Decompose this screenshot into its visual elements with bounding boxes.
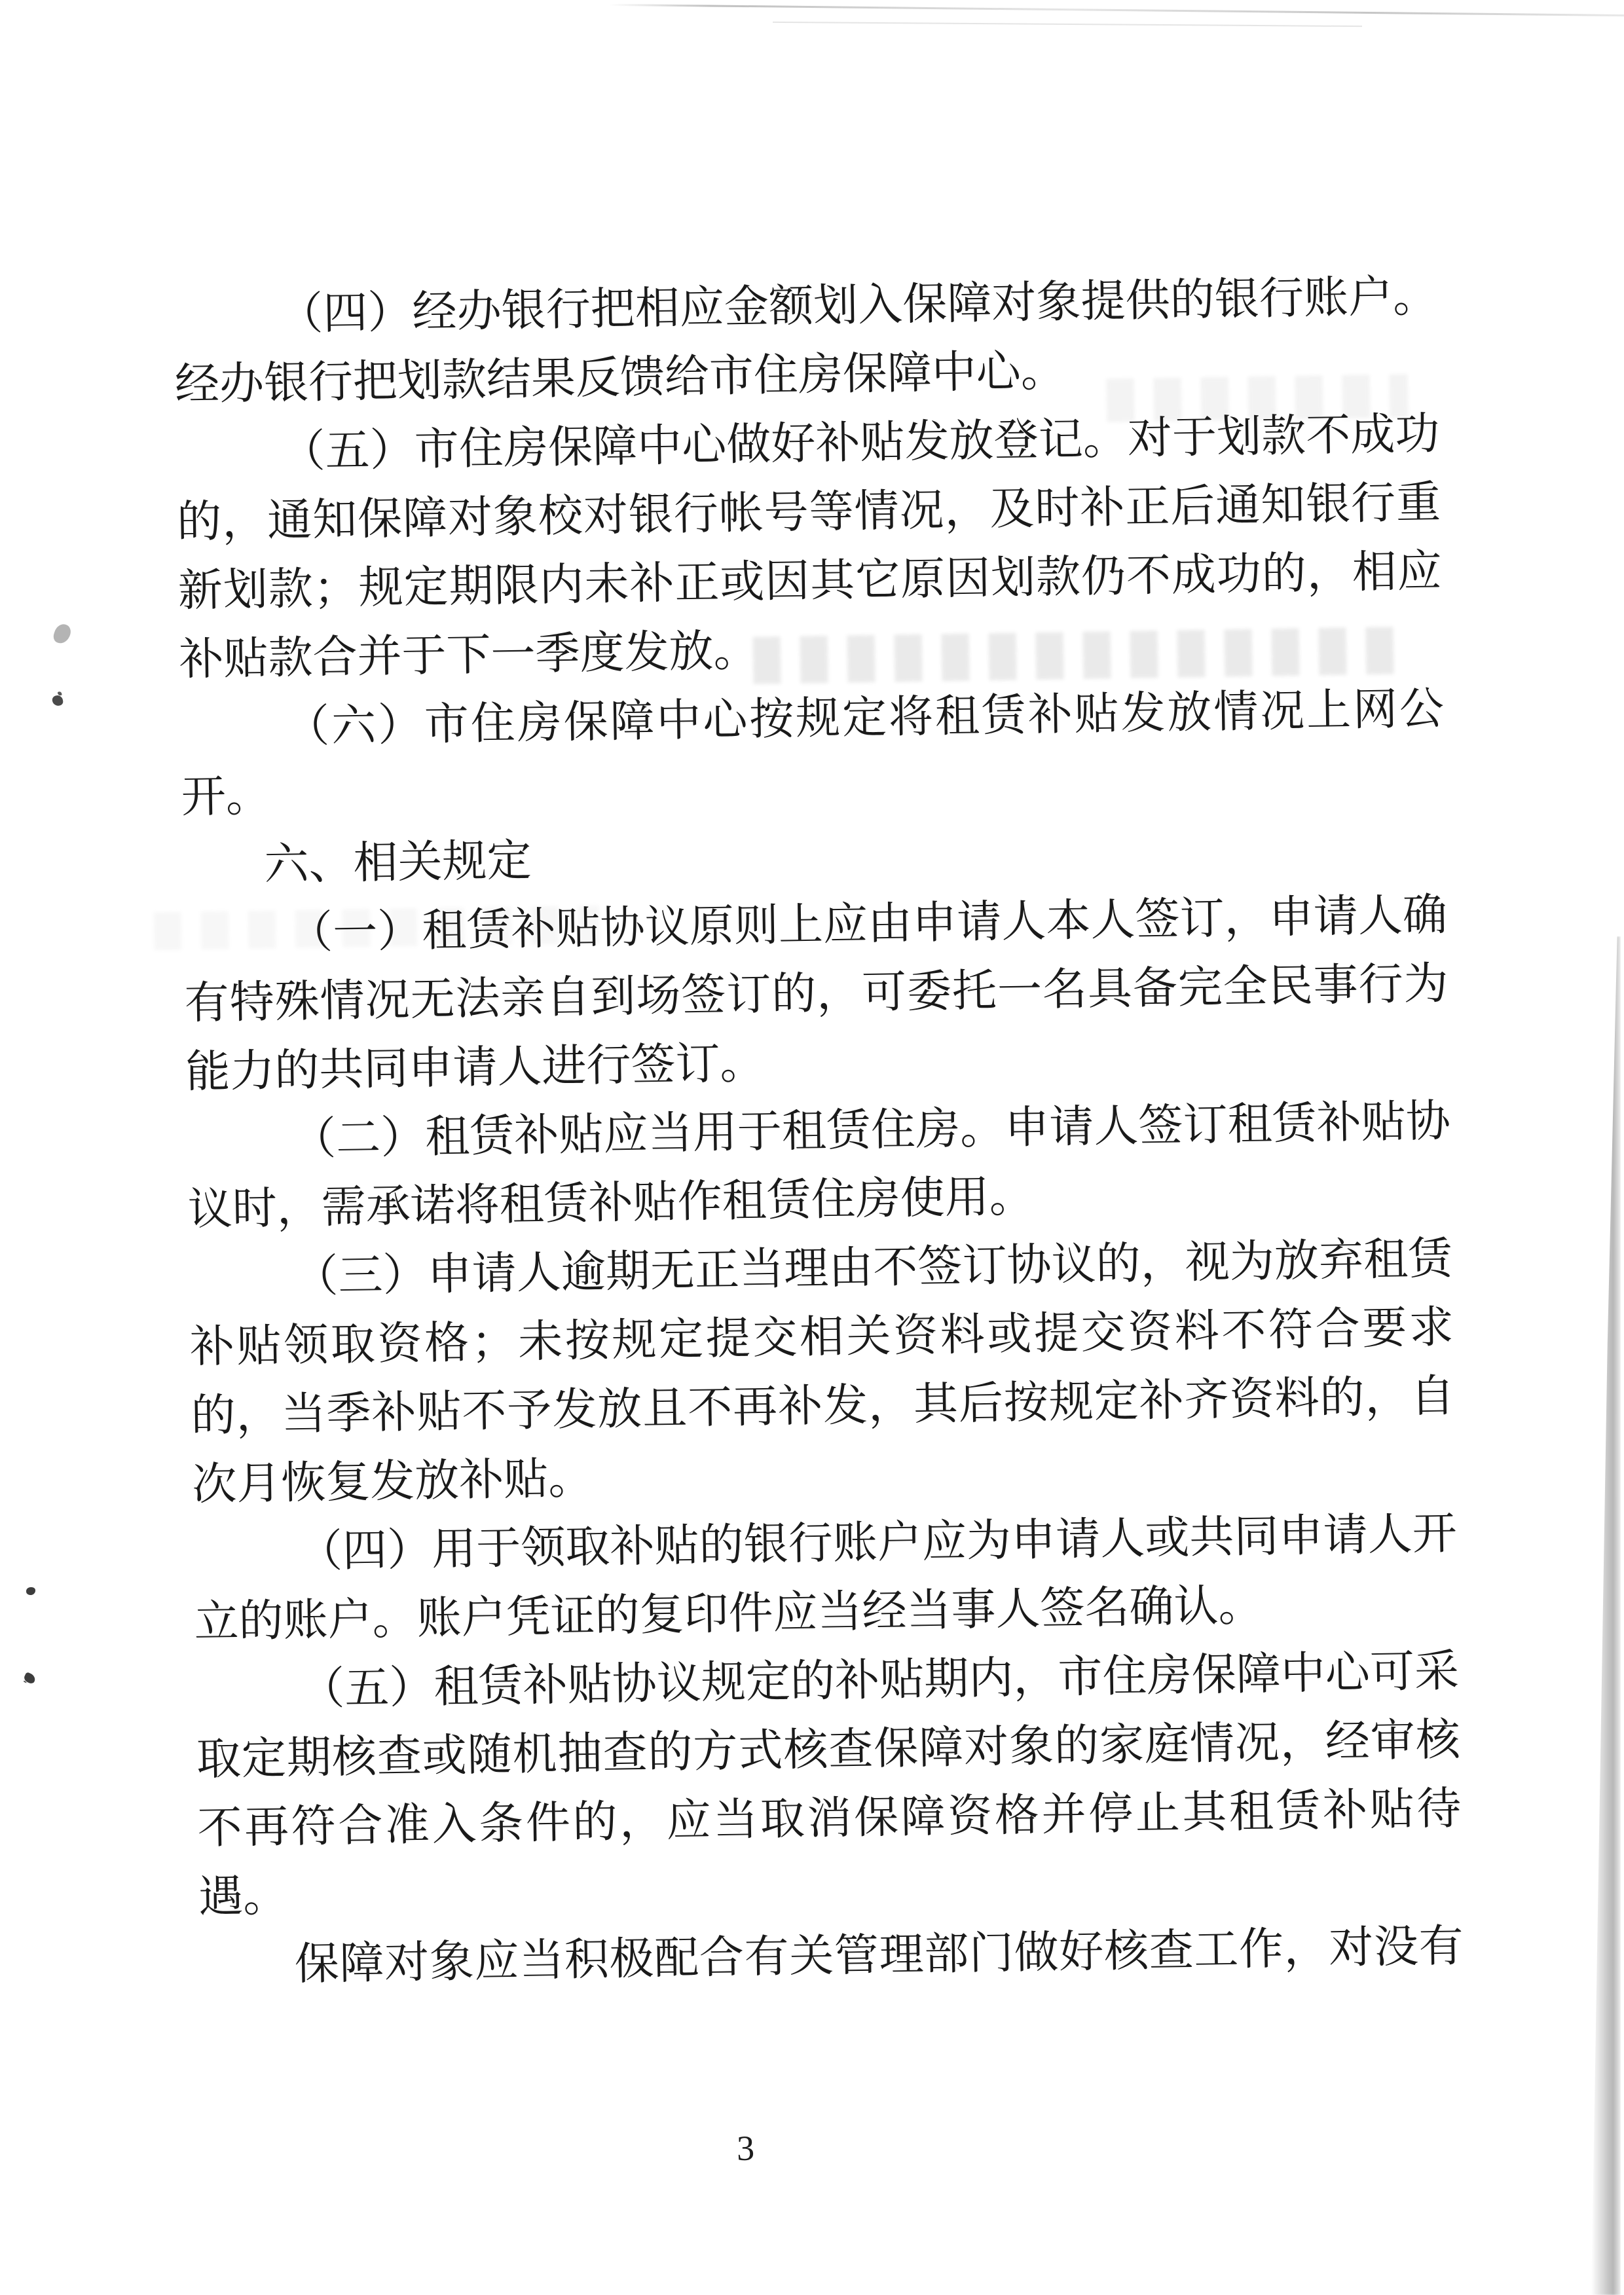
scan-right-edge-shadow — [1591, 936, 1621, 2295]
scanned-document-page: （四）经办银行把相应金额划入保障对象提供的银行账户。 经办银行把划款结果反馈给市… — [0, 0, 1624, 2295]
paragraph-item-5-payment-registration: （五）市住房保障中心做好补贴发放登记。对于划款不成功 的，通知保障对象校对银行帐… — [175, 399, 1443, 694]
ink-speck — [26, 1587, 35, 1595]
page-number: 3 — [736, 2121, 815, 2175]
document-body: （四）经办银行把相应金额划入保障对象提供的银行账户。 经办银行把划款结果反馈给市… — [174, 262, 1464, 2000]
paragraph-rule-4-bank-account: （四）用于领取补贴的银行账户应为申请人或共同申请人开 立的账户。账户凭证的复印件… — [193, 1499, 1458, 1657]
ink-speck — [52, 622, 73, 646]
paragraph-item-6-online-publication: （六）市住房保障中心按规定将租赁补贴发放情况上网公 开。 — [179, 674, 1445, 832]
scan-top-edge-artifact — [609, 4, 1624, 16]
paragraph-rule-5-verification: （五）租赁补贴协议规定的补贴期内，市住房保障中心可采 取定期核查或随机抽查的方式… — [194, 1637, 1462, 1932]
paragraph-item-4-bank-transfer: （四）经办银行把相应金额划入保障对象提供的银行账户。 经办银行把划款结果反馈给市… — [174, 262, 1439, 419]
paragraph-rule-3-overdue-forfeit: （三）申请人逾期无正当理由不签订协议的，视为放弃租赁 补贴领取资格；未按规定提交… — [189, 1224, 1456, 1519]
scan-top-edge-artifact-2 — [773, 22, 1362, 27]
ink-speck — [23, 1672, 37, 1685]
ink-speck — [52, 695, 64, 707]
paragraph-rule-2-subsidy-usage: （二）租赁补贴应当用于租赁住房。申请人签订租赁补贴协 议时，需承诺将租赁补贴作租… — [186, 1087, 1452, 1244]
paragraph-rule-1-agreement-signing: （一）租赁补贴协议原则上应由申请人本人签订，申请人确 有特殊情况无法亲自到场签订… — [183, 881, 1450, 1107]
